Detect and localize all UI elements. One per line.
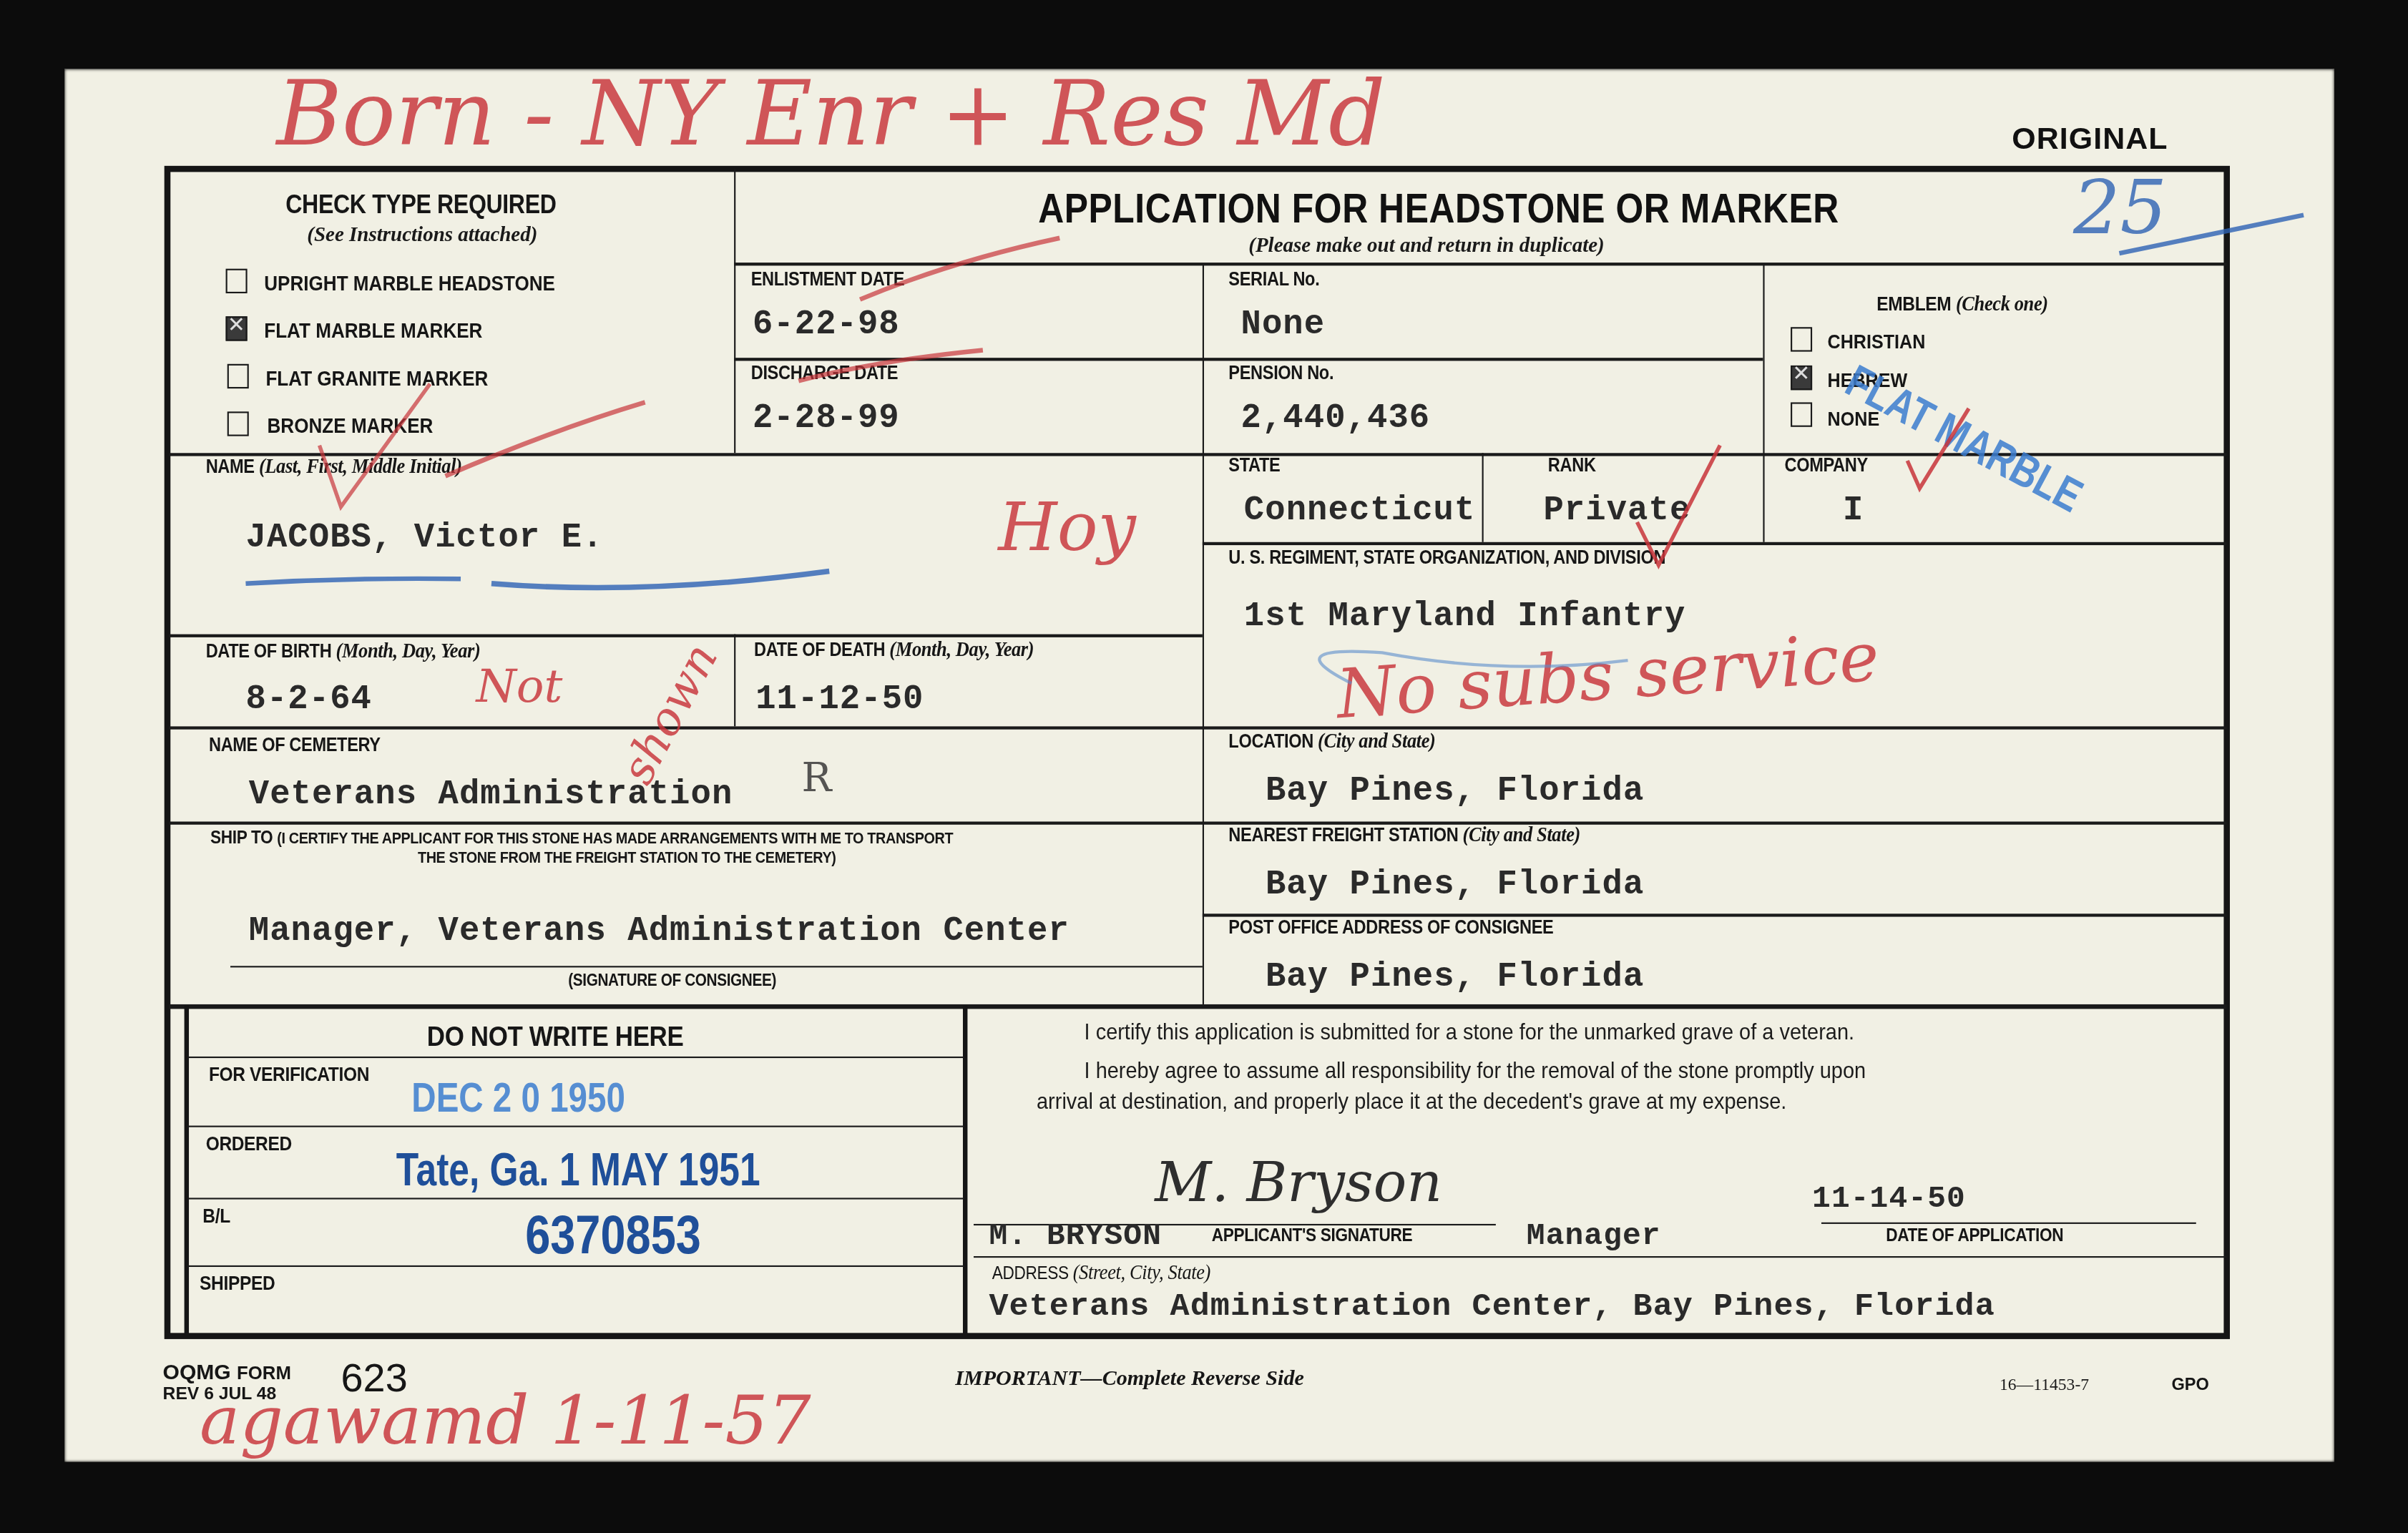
divider	[974, 1256, 2227, 1258]
freight-station-value[interactable]: Bay Pines, Florida	[1266, 866, 1644, 905]
checkbox-emblem-none[interactable]	[1791, 402, 1812, 426]
company-label: COMPANY	[1784, 454, 1867, 476]
post-office-value[interactable]: Bay Pines, Florida	[1266, 959, 1644, 997]
form-title: APPLICATION FOR HEADSTONE OR MARKER	[1038, 186, 1839, 234]
state-value[interactable]: Connecticut	[1244, 491, 1476, 530]
form-id: OQMG FORM	[163, 1359, 291, 1383]
emblem-heading: EMBLEM	[1876, 292, 1951, 315]
form-subtitle: (Please make out and return in duplicate…	[1248, 233, 1605, 258]
divider	[187, 1197, 964, 1199]
important-note: IMPORTANT—Complete Reverse Side	[955, 1368, 1304, 1393]
enlistment-date-value[interactable]: 6-22-98	[753, 305, 900, 344]
blue-pencil-note-top-right: 25	[2073, 166, 2167, 252]
form-agency: OQMG	[163, 1359, 231, 1383]
name-label-note: (Last, First, Middle Initial)	[259, 456, 462, 479]
death-date-value[interactable]: 11-12-50	[755, 680, 924, 719]
applicant-title[interactable]: Manager	[1527, 1219, 1661, 1254]
pension-number-label: PENSION No.	[1228, 363, 1333, 384]
consignee-signature-line	[230, 966, 1203, 967]
rank-label: RANK	[1548, 454, 1596, 476]
certification-text: I certify this application is submitted …	[1085, 1022, 1854, 1046]
form-word: FORM	[237, 1362, 291, 1383]
applicant-handwritten-signature: M. Bryson	[1155, 1152, 1442, 1215]
divider	[1203, 264, 1204, 1004]
regiment-value[interactable]: 1st Maryland Infantry	[1244, 597, 1686, 636]
application-date-caption: DATE OF APPLICATION	[1886, 1224, 2063, 1245]
state-label: STATE	[1228, 454, 1280, 476]
printer-code: GPO	[2171, 1376, 2208, 1394]
option-label: CHRISTIAN	[1828, 330, 1926, 353]
option-label: FLAT MARBLE MARKER	[264, 320, 482, 343]
address-label-text: ADDRESS	[992, 1263, 1069, 1284]
shipped-label: SHIPPED	[200, 1271, 275, 1294]
divider	[187, 1057, 964, 1058]
divider	[187, 1265, 964, 1267]
verification-date-stamp: DEC 2 0 1950	[411, 1075, 625, 1123]
divider	[187, 1126, 964, 1127]
check-type-heading: CHECK TYPE REQUIRED	[285, 190, 556, 221]
location-value[interactable]: Bay Pines, Florida	[1266, 773, 1644, 811]
red-pencil-note-bottom: agawamd 1-11-57	[200, 1382, 811, 1460]
checkbox-upright-marble-headstone[interactable]	[226, 269, 248, 293]
name-value[interactable]: JACOBS, Victor E.	[245, 519, 603, 558]
discharge-date-label: DISCHARGE DATE	[751, 363, 898, 384]
death-label: DATE OF DEATH (Month, Day, Year)	[754, 639, 1034, 663]
ship-to-note-cont: THE STONE FROM THE FREIGHT STATION TO TH…	[418, 849, 836, 868]
regiment-label: U. S. REGIMENT, STATE ORGANIZATION, AND …	[1228, 547, 1665, 568]
important-word: IMPORTANT	[955, 1368, 1080, 1391]
ship-to-note: (I CERTIFY THE APPLICANT FOR THIS STONE …	[277, 829, 953, 848]
checkbox-flat-marble-marker[interactable]	[226, 316, 248, 341]
serial-number-value[interactable]: None	[1241, 305, 1326, 344]
pension-number-value[interactable]: 2,440,436	[1241, 399, 1431, 438]
location-label: LOCATION (City and State)	[1228, 731, 1435, 755]
divider	[734, 263, 2227, 265]
emblem-note: (Check one)	[1956, 293, 2048, 316]
agreement-text-cont: arrival at destination, and properly pla…	[1037, 1090, 1786, 1115]
cemetery-handwritten-mark: R	[802, 755, 832, 801]
cemetery-label: NAME OF CEMETERY	[209, 734, 381, 755]
bill-of-lading-label: B/L	[202, 1204, 230, 1227]
consignee-value[interactable]: Manager, Veterans Administration Center	[249, 912, 1070, 951]
address-label-note: (Street, City, State)	[1073, 1263, 1210, 1285]
divider	[1203, 542, 2227, 545]
divider	[734, 635, 735, 727]
check-type-subheading: (See Instructions attached)	[307, 222, 537, 247]
option-label: FLAT GRANITE MARKER	[265, 367, 488, 390]
checkbox-emblem-christian[interactable]	[1791, 327, 1812, 351]
birth-date-value[interactable]: 8-2-64	[245, 680, 371, 719]
consignee-signature-caption: (SIGNATURE OF CONSIGNEE)	[568, 972, 776, 991]
post-office-label: POST OFFICE ADDRESS OF CONSIGNEE	[1228, 917, 1553, 939]
freight-label-note: (City and State)	[1463, 825, 1580, 848]
divider	[1482, 453, 1484, 542]
serial-number-label: SERIAL No.	[1228, 269, 1319, 290]
company-value[interactable]: I	[1843, 491, 1864, 530]
address-label: ADDRESS (Street, City, State)	[992, 1263, 1210, 1287]
original-copy-label: ORIGINAL	[2012, 123, 2168, 158]
option-label: UPRIGHT MARBLE HEADSTONE	[264, 272, 555, 295]
applicant-typed-name[interactable]: M. BRYSON	[989, 1219, 1162, 1254]
death-label-text: DATE OF DEATH	[754, 639, 885, 660]
document-scan: ORIGINAL APPLICATION FOR HEADSTONE OR MA…	[0, 0, 2408, 1532]
divider	[734, 358, 1763, 361]
divider	[169, 821, 2227, 824]
emblem-label: EMBLEM (Check one)	[1876, 292, 2047, 318]
divider	[169, 453, 2227, 456]
red-pencil-note-dob: Not	[476, 660, 562, 714]
applicant-address-value[interactable]: Veterans Administration Center, Bay Pine…	[989, 1290, 1995, 1325]
print-code: 16—11453-7	[2000, 1376, 2089, 1394]
freight-station-label: NEAREST FREIGHT STATION (City and State)	[1228, 825, 1580, 849]
location-label-note: (City and State)	[1318, 731, 1435, 754]
applicant-signature-caption: APPLICANT'S SIGNATURE	[1212, 1224, 1412, 1245]
divider	[169, 726, 2227, 729]
red-pencil-note-top: Born - NY Enr + Res Md	[276, 62, 1385, 166]
death-label-note: (Month, Day, Year)	[889, 639, 1034, 662]
ship-to-label-text: SHIP TO	[210, 826, 273, 848]
ordered-label: ORDERED	[206, 1132, 292, 1155]
rank-value[interactable]: Private	[1543, 491, 1690, 530]
birth-label: DATE OF BIRTH (Month, Day, Year)	[206, 640, 481, 665]
agreement-text: I hereby agree to assume all responsibil…	[1085, 1059, 1866, 1084]
bill-of-lading-stamp: 6370853	[525, 1205, 701, 1267]
important-rest: —Complete Reverse Side	[1081, 1368, 1304, 1391]
freight-label-text: NEAREST FREIGHT STATION	[1228, 825, 1458, 846]
ordered-stamp: Tate, Ga. 1 MAY 1951	[396, 1145, 760, 1197]
name-label: NAME (Last, First, Middle Initial)	[206, 456, 462, 481]
location-label-text: LOCATION	[1228, 731, 1313, 753]
divider	[734, 169, 735, 453]
name-label-text: NAME	[206, 456, 255, 478]
option-label: BRONZE MARKER	[268, 415, 434, 438]
office-use-heading: DO NOT WRITE HERE	[427, 1019, 684, 1053]
checkbox-bronze-marker[interactable]	[227, 411, 249, 436]
red-pencil-note-name: Hoy	[998, 489, 1136, 567]
checkbox-emblem-hebrew[interactable]	[1791, 366, 1812, 390]
discharge-date-value[interactable]: 2-28-99	[753, 399, 900, 438]
checkbox-flat-granite-marker[interactable]	[227, 364, 249, 388]
birth-label-text: DATE OF BIRTH	[206, 640, 332, 662]
ship-to-label: SHIP TO (I CERTIFY THE APPLICANT FOR THI…	[210, 826, 953, 848]
application-date-value[interactable]: 11-14-50	[1812, 1182, 1966, 1218]
divider	[1763, 264, 1764, 542]
enlistment-date-label: ENLISTMENT DATE	[751, 269, 904, 290]
verification-label: FOR VERIFICATION	[209, 1063, 369, 1086]
birth-label-note: (Month, Day, Year)	[336, 640, 481, 663]
